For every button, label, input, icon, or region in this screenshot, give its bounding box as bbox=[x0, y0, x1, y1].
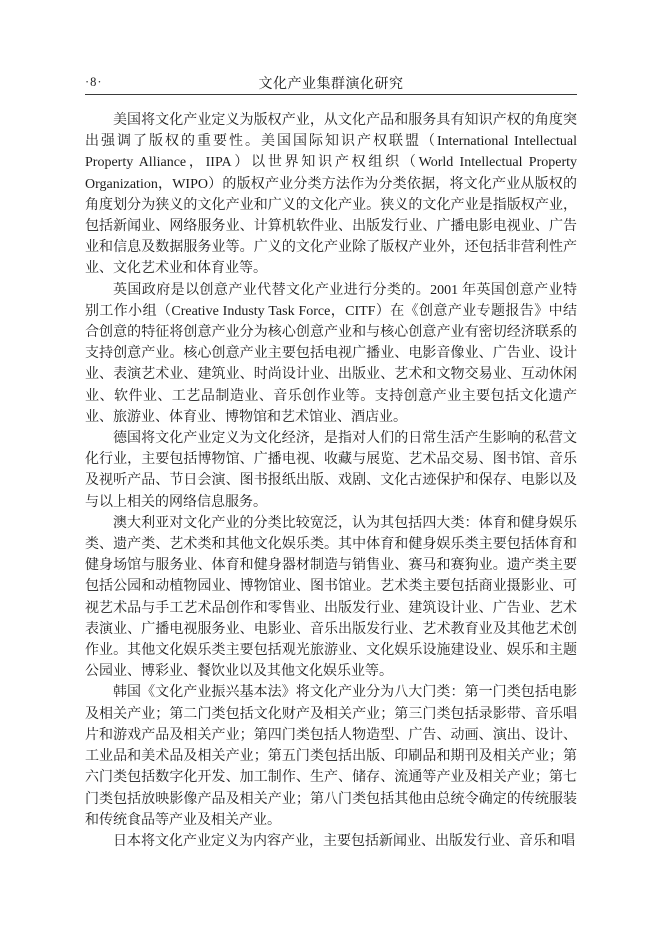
paragraph-usa: 美国将文化产业定义为版权产业，从文化产品和服务具有知识产权的角度突出强调了版权的… bbox=[85, 110, 577, 280]
paragraph-korea: 韩国《文化产业振兴基本法》将文化产业分为八大门类：第一门类包括电影及相关产业；第… bbox=[85, 682, 577, 830]
page-number: ·8· bbox=[85, 75, 103, 90]
paragraph-japan: 日本将文化产业定义为内容产业，主要包括新闻业、出版发行业、音乐和唱 bbox=[85, 831, 577, 852]
paragraph-uk: 英国政府是以创意产业代替文化产业进行分类的。2001 年英国创意产业特别工作小组… bbox=[85, 280, 577, 428]
book-page: ·8· 文化产业集群演化研究 美国将文化产业定义为版权产业，从文化产品和服务具有… bbox=[0, 0, 661, 925]
running-title: 文化产业集群演化研究 bbox=[85, 72, 577, 93]
page-header: ·8· 文化产业集群演化研究 bbox=[85, 72, 577, 95]
page-body: 美国将文化产业定义为版权产业，从文化产品和服务具有知识产权的角度突出强调了版权的… bbox=[85, 110, 577, 852]
paragraph-australia: 澳大利亚对文化产业的分类比较宽泛，认为其包括四大类：体育和健身娱乐类、遗产类、艺… bbox=[85, 513, 577, 683]
paragraph-germany: 德国将文化产业定义为文化经济，是指对人们的日常生活产生影响的私营文化行业，主要包… bbox=[85, 428, 577, 513]
